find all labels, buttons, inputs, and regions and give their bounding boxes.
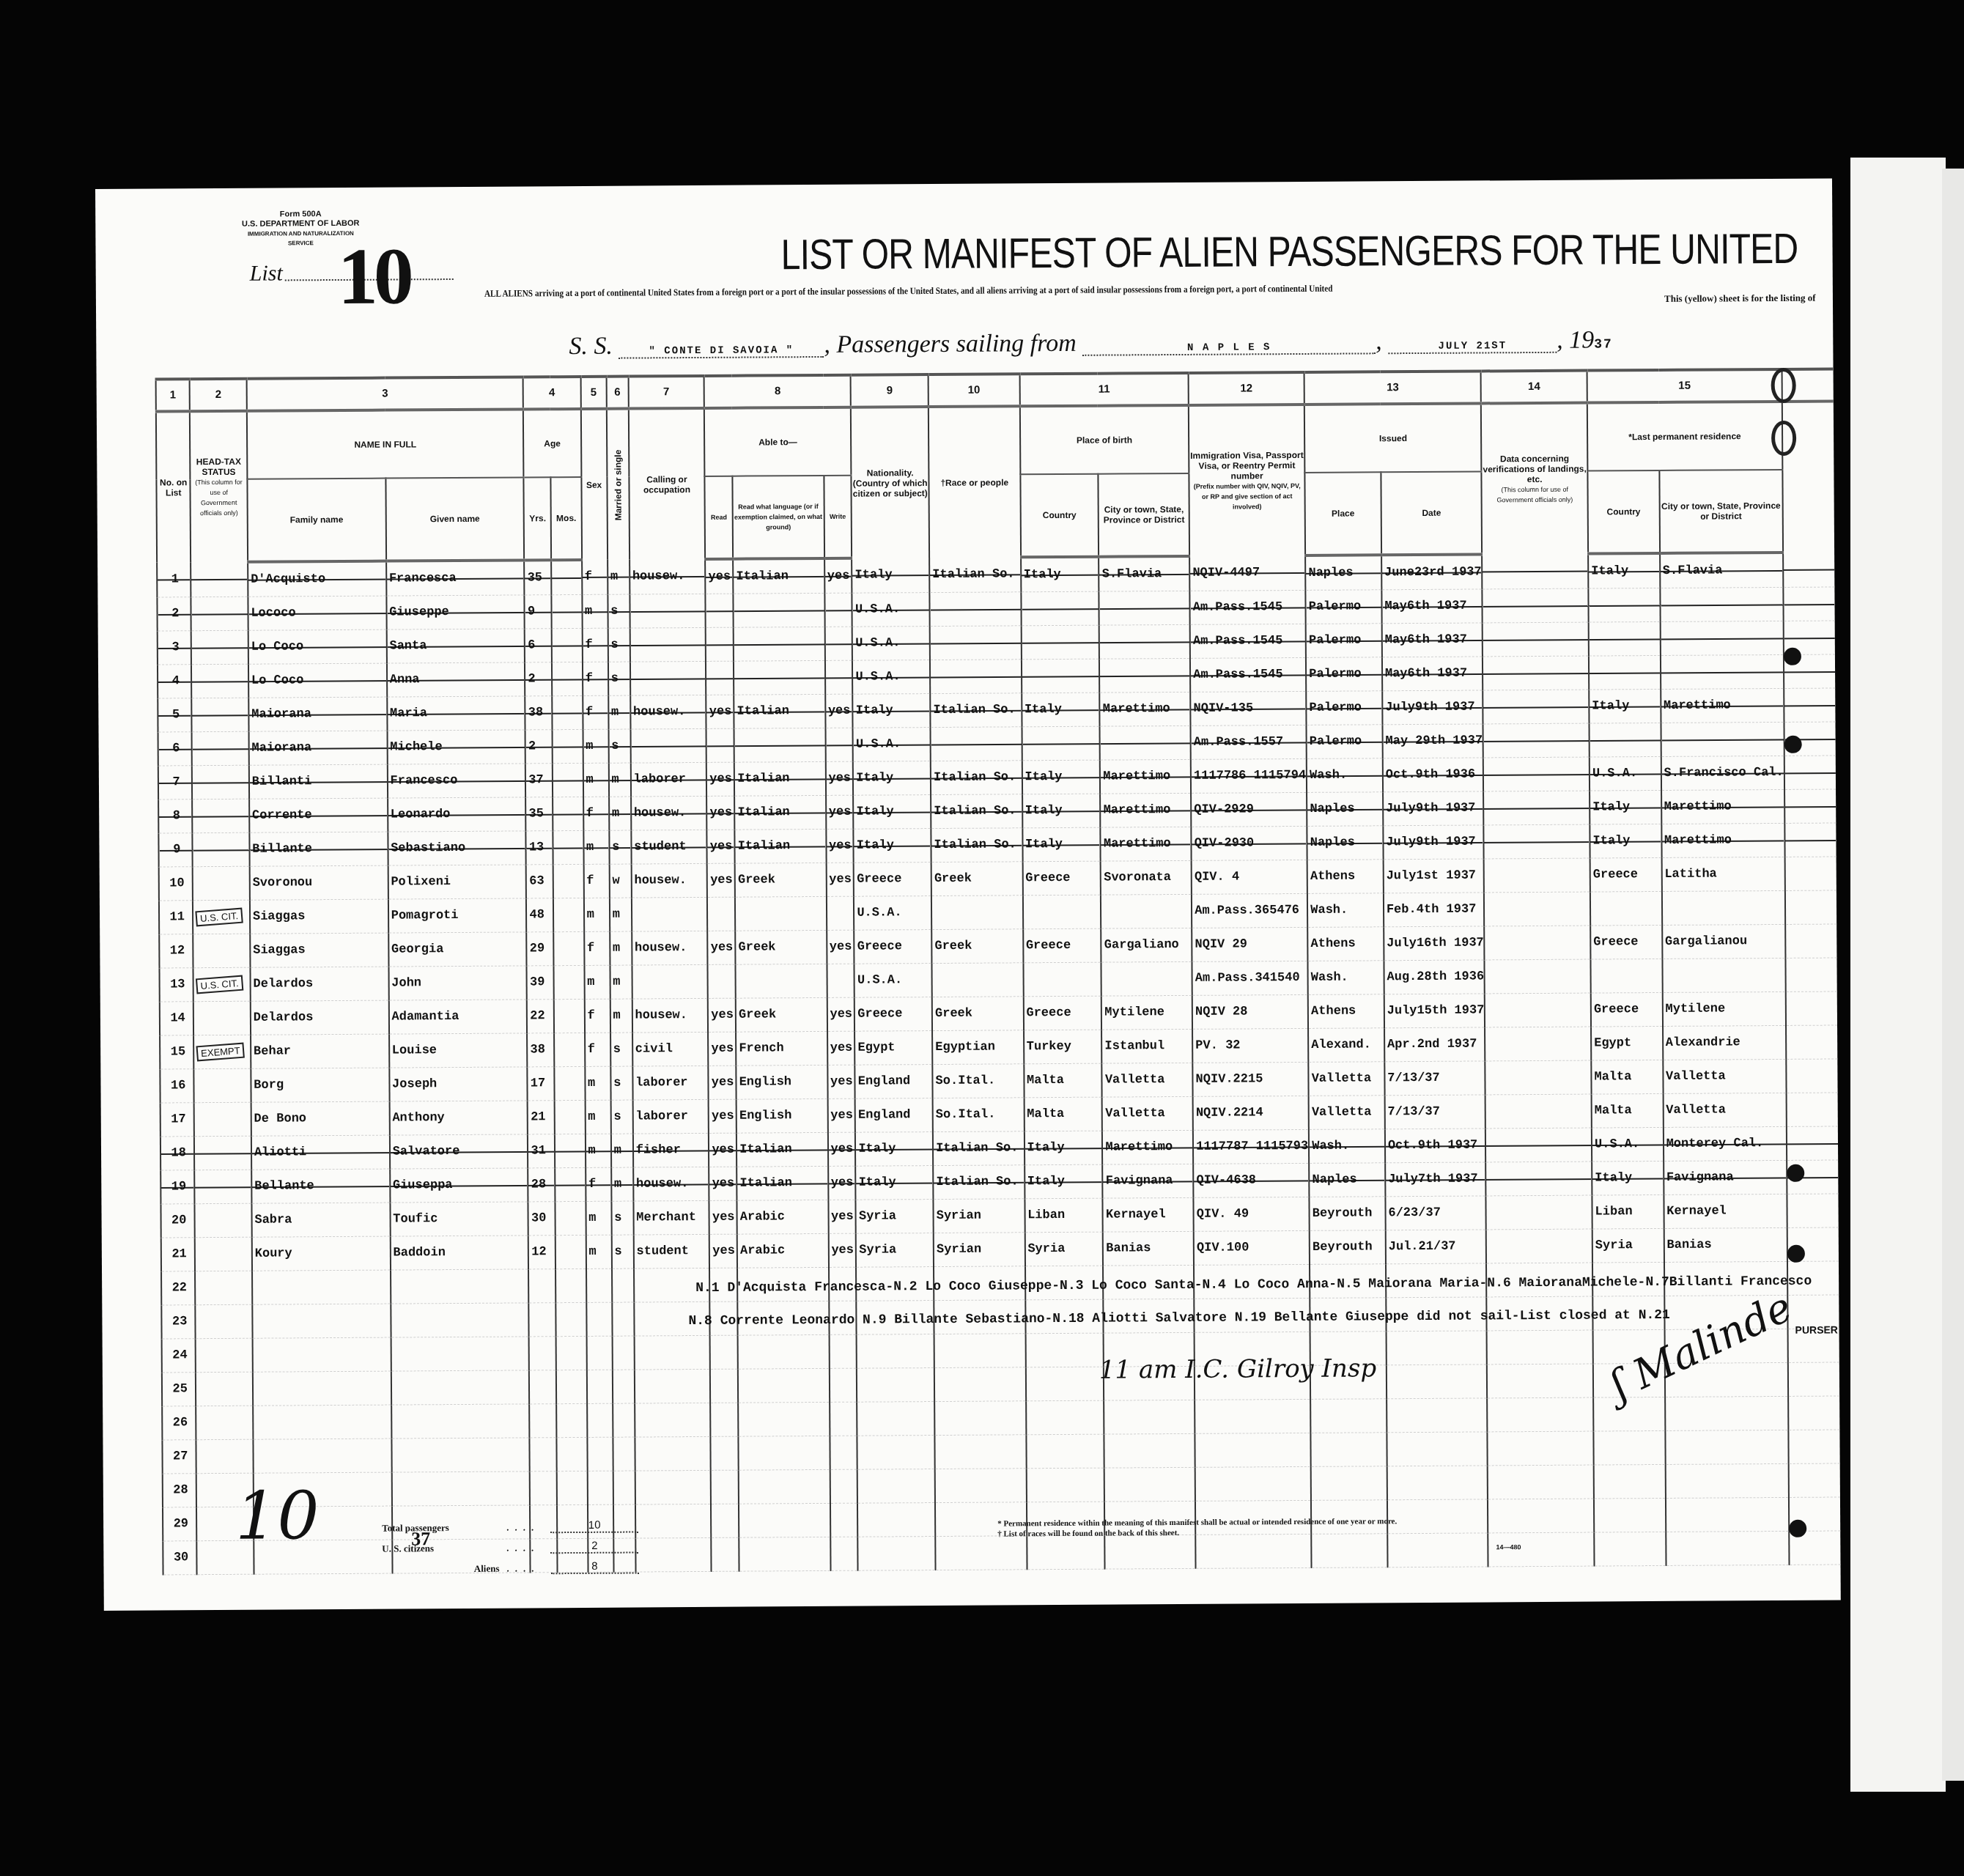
col-num: 13: [1304, 371, 1482, 404]
verification: [1483, 656, 1589, 690]
marital-status: s: [608, 662, 630, 695]
age-months: [556, 1336, 586, 1370]
age-months: [552, 594, 582, 628]
visa-number: NQIV-135: [1190, 691, 1306, 725]
verification: [1485, 1060, 1592, 1095]
birth-city: [1104, 1433, 1195, 1468]
row-number: 18: [160, 1137, 195, 1170]
can-write: [827, 964, 854, 997]
given-name: [391, 1303, 529, 1337]
race: Syrian: [934, 1233, 1025, 1267]
header-birth-city: City or town, State, Province or Distric…: [1099, 473, 1189, 557]
issued-date: May6th 1937: [1382, 623, 1483, 657]
nationality: Greece: [854, 863, 931, 897]
can-read: yes: [709, 1099, 736, 1133]
nationality: Syria: [856, 1233, 934, 1268]
read-language: Greek: [735, 863, 827, 897]
can-write: yes: [828, 1233, 856, 1267]
col-num: 5: [580, 377, 606, 409]
issued-place: Naples: [1305, 555, 1381, 590]
age-years: [529, 1303, 556, 1337]
issued-date: Jul.21/37: [1386, 1230, 1487, 1264]
visa-number: Am.Pass.1557: [1191, 725, 1307, 759]
race: Syrian: [934, 1199, 1025, 1233]
issued-date: Aug.28th 1936: [1384, 960, 1485, 994]
issued-date: July1st 1937: [1383, 859, 1484, 893]
age-years: 22: [527, 1000, 554, 1033]
birth-country: Italy: [1021, 557, 1099, 592]
read-language: Italian: [736, 1132, 828, 1167]
birth-city: S.Flavia: [1099, 556, 1190, 591]
margin: [1786, 1025, 1837, 1059]
residence-city: Favignana: [1664, 1160, 1787, 1194]
binder-hole-icon: [1784, 736, 1802, 753]
head-tax-status: [195, 1271, 252, 1304]
sex: [586, 1268, 612, 1302]
age-months: [555, 1268, 586, 1302]
age-months: [554, 931, 584, 965]
residence-country: Egypt: [1591, 1026, 1663, 1060]
margin: [1784, 789, 1836, 823]
birth-city: Marettimo: [1102, 1130, 1193, 1164]
visa-number: NQIV 29: [1192, 927, 1307, 961]
nationality: Greece: [854, 930, 932, 964]
family-name: [253, 1439, 391, 1473]
age-years: 31: [528, 1134, 555, 1168]
marital-status: s: [610, 1066, 632, 1100]
age-years: 12: [528, 1236, 555, 1269]
verification: [1487, 1364, 1593, 1398]
given-name: Michele: [387, 730, 525, 764]
adjacent-page-strip: [1850, 158, 1946, 1792]
nationality: Italy: [853, 694, 931, 728]
birth-country: [1025, 1333, 1104, 1367]
can-write: yes: [827, 997, 854, 1031]
birth-city: Favignana: [1103, 1164, 1194, 1198]
family-name: Lo Coco: [248, 629, 387, 664]
header-yrs: Yrs.: [524, 477, 552, 560]
row-number: 20: [160, 1204, 195, 1238]
sex: m: [584, 965, 610, 999]
read-language: Italian: [733, 558, 824, 594]
marital-status: s: [611, 1235, 633, 1268]
age-months: [555, 1100, 585, 1134]
residence-city: Marettimo: [1661, 789, 1785, 824]
race: [934, 1334, 1026, 1368]
birth-city: Svoronata: [1101, 860, 1192, 895]
read-language: [734, 627, 825, 661]
visa-number: Am.Pass.1545: [1190, 624, 1306, 658]
issued-date: July9th 1937: [1383, 825, 1484, 860]
read-language: [734, 728, 826, 762]
header-age: Age: [523, 409, 581, 477]
can-read: yes: [709, 1133, 736, 1167]
head-tax-status: [193, 866, 250, 900]
birth-city: [1099, 624, 1190, 659]
age-years: 17: [528, 1067, 555, 1101]
year-suffix: 37: [1594, 337, 1613, 352]
header-name-in-full: NAME IN FULL: [247, 409, 524, 479]
header-given-name: Given name: [385, 477, 524, 561]
marital-status: m: [610, 931, 632, 965]
marital-status: s: [610, 1100, 632, 1134]
inspector-note: 11 am I.C. Gilroy Insp: [1099, 1354, 1376, 1384]
given-name: Francesco: [387, 764, 525, 798]
head-tax-status: [195, 1203, 252, 1237]
header-issued-place: Place: [1305, 472, 1381, 555]
given-name: Adamantia: [388, 1000, 527, 1034]
header-verification: Data concerning verifications of landing…: [1481, 403, 1588, 555]
nationality: England: [855, 1065, 933, 1099]
given-name: Anthony: [389, 1101, 528, 1135]
head-tax-status: [192, 799, 249, 832]
marital-status: [612, 1268, 634, 1302]
age-months: [556, 1302, 586, 1336]
can-read: [707, 897, 735, 931]
birth-city: Mytilene: [1101, 995, 1192, 1030]
issued-place: Wash.: [1309, 1129, 1385, 1164]
residence-city: [1661, 722, 1784, 756]
read-language: [739, 1436, 830, 1470]
read-language: Italian: [734, 795, 826, 830]
row-number: 11: [159, 901, 193, 934]
marital-status: m: [611, 1134, 633, 1167]
verification: [1484, 791, 1590, 825]
issued-date: Oct.9th 1937: [1385, 1129, 1486, 1163]
issued-date: Apr.2nd 1937: [1384, 1027, 1485, 1062]
residence-city: Valletta: [1663, 1093, 1787, 1127]
row-number: 19: [160, 1170, 195, 1204]
sex: f: [586, 1167, 611, 1201]
age-months: [554, 965, 584, 999]
birth-country: Greece: [1023, 996, 1101, 1030]
row-number: 3: [158, 631, 192, 665]
residence-city: Banias: [1664, 1227, 1787, 1262]
occupation: [630, 594, 706, 628]
margin: [1787, 1126, 1838, 1160]
read-language: Arabic: [737, 1200, 829, 1234]
age-months: [555, 1134, 585, 1167]
issued-date: Oct.9th 1936: [1383, 758, 1484, 792]
race: [934, 1401, 1026, 1436]
visa-number: QIV-4638: [1193, 1163, 1309, 1197]
sex: m: [586, 1235, 611, 1268]
can-read: yes: [707, 863, 735, 897]
can-write: [824, 627, 852, 660]
occupation: civil: [632, 1032, 709, 1066]
margin: [1788, 1430, 1839, 1463]
row-number: 6: [158, 732, 193, 766]
birth-country: Greece: [1022, 861, 1101, 895]
visa-number: NQIV.2215: [1192, 1062, 1308, 1096]
sex: [586, 1336, 612, 1370]
voyage-line: S. S. " CONTE DI SAVOIA ", Passengers sa…: [569, 326, 1613, 361]
col-num: 3: [246, 377, 523, 410]
margin: [1789, 1463, 1840, 1497]
birth-city: Marettimo: [1100, 793, 1191, 827]
race: [930, 626, 1022, 660]
nationality: Italy: [855, 1132, 933, 1167]
age-months: [554, 999, 584, 1033]
header-able-to: Able to—: [704, 407, 852, 476]
can-read: [708, 964, 736, 998]
sex: f: [585, 1033, 610, 1066]
residence-city: Monterey Cal.: [1663, 1126, 1787, 1161]
sex: m: [585, 1100, 610, 1134]
margin: [1784, 688, 1835, 722]
verification: [1484, 892, 1590, 926]
given-name: Toufic: [390, 1202, 528, 1236]
row-number: 21: [161, 1238, 196, 1271]
residence-country: Italy: [1589, 689, 1661, 723]
residence-country: Malta: [1592, 1093, 1664, 1128]
sex: [586, 1370, 612, 1403]
verification: [1485, 926, 1591, 960]
header-head-tax: HEAD-TAX STATUS(This column for use of G…: [190, 411, 248, 562]
issued-date: June23rd 1937: [1381, 554, 1483, 589]
marital-status: s: [611, 1201, 633, 1235]
margin: [1784, 857, 1836, 890]
can-write: [830, 1469, 857, 1503]
header-last-residence: *Last permanent residence: [1587, 402, 1782, 471]
issued-date: May 29th 1937: [1382, 724, 1483, 758]
head-tax-status: [191, 664, 248, 698]
race: Egyptian: [932, 1030, 1024, 1065]
binder-hole-icon: [1784, 648, 1801, 665]
visa-number: QIV.100: [1194, 1230, 1310, 1265]
given-name: [391, 1370, 529, 1405]
can-write: yes: [824, 558, 852, 594]
birth-country: Malta: [1024, 1063, 1102, 1098]
given-name: [391, 1404, 530, 1439]
birth-city: [1105, 1535, 1196, 1569]
verification: [1484, 824, 1590, 859]
nationality: U.S.A.: [853, 728, 931, 762]
verification: [1488, 1397, 1594, 1432]
can-write: yes: [825, 694, 853, 728]
col-num: 9: [851, 374, 929, 407]
given-name: Giuseppe: [386, 595, 525, 629]
marital-status: m: [610, 898, 632, 931]
sex: m: [585, 1066, 610, 1100]
issued-date: July16th 1937: [1384, 926, 1485, 961]
total-passengers-row: Total passengers....10: [382, 1513, 638, 1535]
given-name: Santa: [386, 629, 525, 663]
birth-city: [1099, 658, 1190, 693]
birth-country: [1027, 1535, 1105, 1570]
marital-status: m: [609, 797, 631, 830]
marital-status: m: [610, 965, 632, 999]
read-language: [739, 1503, 830, 1537]
residence-country: [1589, 655, 1661, 690]
age-years: [530, 1438, 557, 1471]
residence-country: Greece: [1590, 925, 1662, 959]
year-prefix: 19: [1569, 327, 1594, 354]
family-name: [252, 1270, 391, 1304]
occupation: [632, 964, 708, 999]
given-name: [391, 1269, 529, 1304]
can-write: yes: [825, 761, 853, 795]
sex: [587, 1437, 613, 1471]
race: Italian So.: [933, 1131, 1025, 1166]
nationality: Egypt: [854, 1031, 932, 1066]
issued-place: Alexand.: [1308, 1028, 1384, 1063]
header-no-on-list: No. on List: [156, 411, 191, 562]
issued-place: Wash.: [1307, 893, 1384, 928]
residence-city: S.Flavia: [1660, 553, 1784, 588]
visa-note: (Prefix number with QIV, NQIV, PV, or RP…: [1190, 481, 1304, 512]
marital-status: [613, 1471, 635, 1504]
can-write: [830, 1402, 857, 1436]
sex: m: [583, 898, 609, 931]
visa-number: PV. 32: [1192, 1028, 1308, 1063]
race: [934, 1367, 1026, 1402]
family-name: [252, 1337, 391, 1372]
age-years: 63: [526, 865, 553, 898]
header-read-language: Read what language (or if exemption clai…: [733, 476, 824, 559]
head-tax-status: [193, 1001, 251, 1035]
form-code: 14—480: [1496, 1543, 1521, 1551]
nationality: [857, 1503, 935, 1537]
departure-date: JULY 21ST: [1388, 340, 1557, 354]
family-name: Svoronou: [249, 865, 388, 900]
residence-city: [1665, 1430, 1789, 1464]
sex: f: [582, 560, 608, 595]
nationality: Italy: [853, 761, 931, 796]
sex: f: [583, 864, 609, 898]
age-years: 13: [526, 831, 553, 865]
sex: m: [583, 763, 608, 797]
residence-country: Malta: [1591, 1060, 1663, 1094]
issued-place: Palermo: [1306, 691, 1382, 725]
header-issued-date: Date: [1381, 471, 1482, 555]
given-name: Georgia: [388, 932, 527, 967]
given-name: Giuseppa: [390, 1168, 528, 1203]
issued-date: July9th 1937: [1382, 690, 1483, 725]
birth-country: Italy: [1024, 1131, 1102, 1165]
visa-number: Am.Pass.341540: [1192, 961, 1308, 995]
residence-city: Valletta: [1663, 1059, 1787, 1093]
sex: f: [584, 931, 610, 965]
head-tax-status: [191, 597, 248, 630]
head-tax-status: [193, 832, 250, 866]
can-write: yes: [827, 1098, 855, 1132]
header-birth-country: Country: [1020, 474, 1099, 558]
given-name: Louise: [389, 1033, 528, 1068]
header-visa: Immigration Visa, Passport Visa, or Reen…: [1189, 405, 1305, 556]
visa-number: 1117787 1115793: [1193, 1129, 1309, 1164]
nationality: [857, 1334, 934, 1369]
sex: [587, 1403, 613, 1437]
nationality: England: [855, 1098, 933, 1133]
family-name: Maiorana: [248, 731, 387, 765]
can-write: [825, 728, 853, 761]
issued-date: [1387, 1398, 1488, 1433]
issued-date: May6th 1937: [1381, 589, 1483, 624]
nationality: [857, 1469, 935, 1504]
row-number: 24: [162, 1339, 196, 1373]
age-years: [530, 1404, 557, 1438]
birth-country: [1021, 659, 1099, 693]
age-months: [555, 1033, 585, 1066]
visa-number: NQIV 28: [1192, 994, 1308, 1029]
occupation: housew.: [630, 695, 706, 729]
passenger-rows: 1D'AcquistoFrancesca35fmhousew.yesItalia…: [157, 553, 1840, 1575]
issued-date: Feb.4th 1937: [1384, 893, 1485, 927]
issued-place: Beyrouth: [1310, 1230, 1386, 1265]
family-name: De Bono: [251, 1101, 389, 1136]
margin: [1786, 1059, 1837, 1093]
marital-status: [612, 1336, 634, 1370]
issued-place: Palermo: [1306, 624, 1382, 658]
binder-hole-icon: [1787, 1245, 1805, 1263]
marital-status: [613, 1437, 635, 1471]
verification-label: Data concerning verifications of landing…: [1483, 454, 1587, 485]
nationality: [858, 1537, 936, 1571]
header-calling: Calling or occupation: [628, 408, 705, 560]
read-language: [739, 1537, 830, 1571]
col-num: 7: [628, 376, 704, 409]
family-name: Bellante: [251, 1169, 390, 1203]
row-number: 15: [160, 1035, 194, 1069]
occupation: housew.: [630, 559, 706, 594]
verification: [1483, 757, 1590, 791]
age-years: 28: [528, 1168, 555, 1202]
residence-city: Mytilene: [1662, 991, 1786, 1026]
residence-city: [1666, 1531, 1790, 1565]
race: [932, 963, 1024, 997]
col-num: 14: [1481, 371, 1587, 404]
birth-city: [1104, 1467, 1195, 1502]
visa-label: Immigration Visa, Passport Visa, or Reen…: [1189, 450, 1304, 481]
total-label: Total passengers: [382, 1522, 506, 1535]
head-tax-status: [192, 698, 249, 731]
head-tax-status: [192, 731, 249, 765]
issued-place: Palermo: [1307, 725, 1383, 759]
can-read: yes: [709, 1234, 737, 1268]
race: Greek: [931, 862, 1023, 896]
family-name: [252, 1304, 391, 1338]
birth-city: [1101, 961, 1192, 996]
marital-status: m: [610, 999, 632, 1033]
race: Greek: [931, 929, 1023, 964]
margin: [1788, 1396, 1839, 1430]
row-number: 26: [162, 1406, 196, 1440]
race: Italian So.: [931, 761, 1022, 795]
given-name: John: [388, 966, 527, 1000]
occupation: housew.: [632, 998, 708, 1033]
totals-block: Total passengers....10 U. S. citizens...…: [382, 1513, 639, 1576]
residence-country: [1589, 621, 1661, 656]
age-months: [553, 898, 583, 931]
dot-leader: ....: [506, 1562, 550, 1574]
can-read: yes: [708, 931, 736, 964]
residence-country: Italy: [1592, 1161, 1664, 1195]
head-tax-status: [196, 1338, 253, 1372]
read-language: English: [736, 1065, 827, 1099]
head-tax-status: [194, 1136, 251, 1170]
birth-city: Valletta: [1102, 1096, 1193, 1131]
issued-place: Wash.: [1307, 758, 1383, 793]
occupation: [630, 728, 706, 763]
can-read: yes: [708, 998, 736, 1032]
issued-place: Valletta: [1309, 1096, 1385, 1130]
occupation: Merchant: [633, 1200, 709, 1235]
age-years: 30: [528, 1202, 555, 1236]
race: [935, 1536, 1027, 1570]
row-number: 8: [158, 799, 193, 833]
marital-status: [613, 1370, 635, 1403]
